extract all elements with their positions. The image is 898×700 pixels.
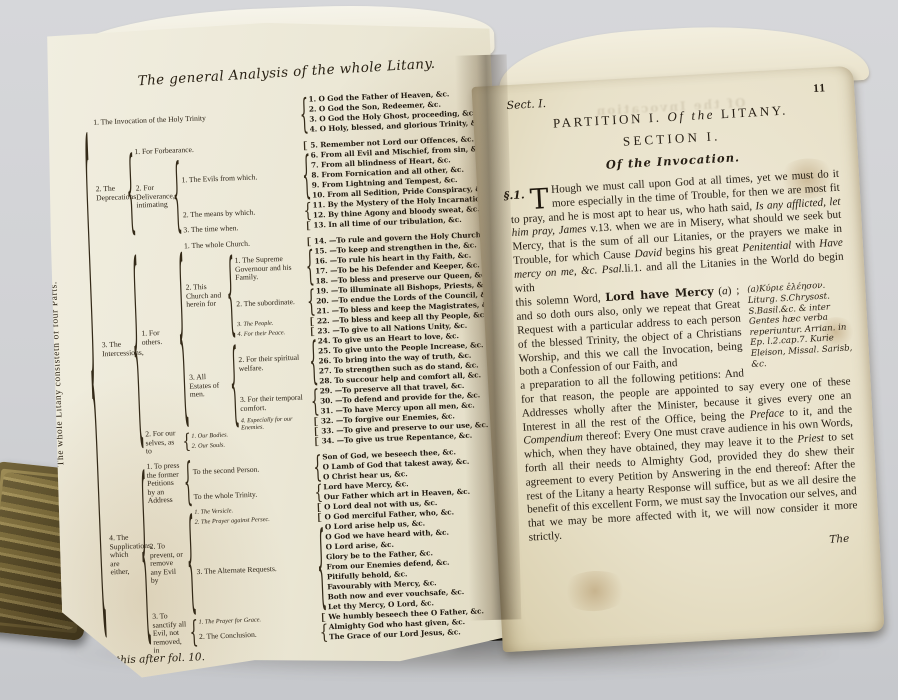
analysis-label: 3. All Estates of men. [189, 372, 228, 399]
body-paragraph: a preparation to all the following petit… [520, 362, 859, 546]
body-paragraph-text: a preparation to all the following petit… [520, 368, 858, 544]
analysis-label: 3. The time when. [183, 222, 300, 235]
analysis-label: 3. For their temporal comfort. [240, 393, 308, 413]
curly-brace-icon: { [302, 201, 313, 221]
analysis-label: 2. The Conclusion. [199, 629, 316, 642]
analysis-label: 1. The Evils from which. [181, 172, 298, 185]
curly-brace-icon: { [181, 431, 192, 451]
analysis-label: 3. The People. [237, 318, 304, 328]
analysis-label: 2. For our selves, as to [145, 429, 180, 456]
analysis-label: 3. The Intercessions, [102, 340, 131, 358]
curly-brace-icon: { [312, 452, 323, 482]
analysis-label: 1. For others. [141, 328, 176, 346]
analysis-tree: 1. O God the Father of Heaven, &c.2. O G… [73, 88, 514, 660]
drop-cap: T [529, 186, 549, 212]
foldout-sheet: The general Analysis of the whole Litany… [40, 14, 519, 681]
analysis-label: 2. The Prayer against Persec. [195, 514, 312, 526]
analysis-label: 2. To prevent, or remove any Evil by [149, 542, 185, 586]
body-paragraph: (a)Κύριε ἐλέησον. Liturg. S.Chrysost. S.… [515, 278, 849, 380]
curly-brace-icon: { [319, 622, 330, 642]
analysis-label: 1. The Prayer for Grace. [198, 614, 315, 626]
photo-background: The general Analysis of the whole Litany… [0, 0, 898, 700]
analysis-label: 3. To sanctify all Evil, not removed, in [152, 612, 188, 656]
analysis-label: 2. For Deliverance, intimating [136, 183, 171, 210]
analysis-label: 2. Our Souls. [192, 438, 309, 450]
curly-brace-icon: { [174, 242, 191, 432]
analysis-label: 2. For their spiritual welfare. [238, 353, 306, 373]
analysis-label: To the second Person. [193, 464, 310, 477]
curly-brace-icon: { [308, 337, 320, 387]
analysis-label: To the whole Trinity. [194, 489, 311, 502]
sheet-title: The general Analysis of the whole Litany… [137, 57, 435, 89]
right-page-content: Of the Invocation Sect. I. 11 PARTITION … [504, 81, 864, 651]
analysis-label: 1. To press the former Petitions by an A… [146, 462, 182, 506]
body-paragraph: §.1. T Hough we must call upon God at al… [509, 168, 845, 297]
curly-brace-icon: { [298, 95, 310, 135]
analysis-label: 1. The Supreme Governour and his Family. [235, 254, 303, 282]
analysis-label: 4. For their Peace. [237, 328, 304, 338]
curly-brace-icon: { [228, 340, 241, 430]
analysis-label: 1. The whole Church. [184, 238, 301, 251]
body-paragraph-text: this solemn Word, Lord have Mercy (a) ; … [515, 285, 742, 378]
square-bracket-icon: [ [303, 221, 313, 231]
section-marker: §.1. [503, 188, 525, 202]
analysis-label: 2. The subordinate. [236, 298, 303, 309]
right-page: Of the Invocation Sect. I. 11 PARTITION … [472, 66, 885, 652]
curly-brace-icon: { [188, 617, 199, 647]
analysis-label: 4. The Supplications, which are either, [109, 533, 139, 577]
curly-brace-icon: { [304, 247, 316, 287]
analysis-label: 3. The Alternate Requests. [196, 564, 313, 577]
margin-note: (a)Κύριε ἐλέησον. Liturg. S.Chrysost. S.… [747, 279, 860, 370]
square-bracket-icon: [ [311, 436, 321, 446]
analysis-label: 1. The Invocation of the Holy Trinity [93, 111, 296, 127]
analysis-label: 1. For Forbearance. [134, 142, 297, 157]
analysis-label: 2. This Church and herein for [186, 282, 225, 309]
curly-brace-icon: { [310, 386, 321, 416]
curly-brace-icon: { [313, 482, 324, 502]
curly-brace-icon: { [300, 151, 312, 201]
body-text: §.1. T Hough we must call upon God at al… [509, 168, 859, 546]
analysis-label: 2. The Deprecations [96, 184, 125, 202]
body-paragraph-text: Hough we must call upon God at all times… [511, 168, 844, 295]
curly-brace-icon: { [306, 287, 317, 317]
analysis-label: 2. The means by which. [183, 207, 300, 220]
